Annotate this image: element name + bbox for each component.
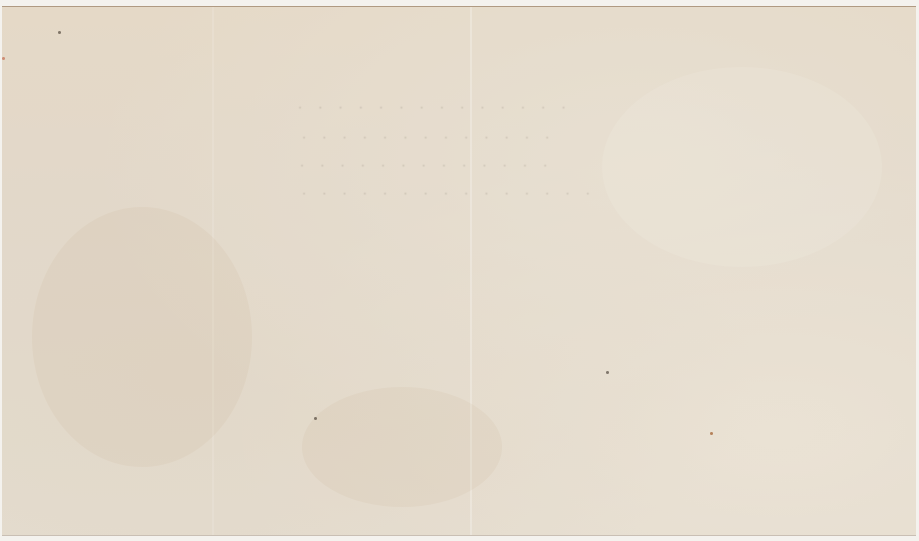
ink-speck (606, 371, 609, 374)
ink-speck (710, 432, 713, 435)
bleed-through-line: · · · · · · · · · · · · · (300, 159, 553, 174)
light-patch (602, 67, 882, 267)
ink-speck (58, 31, 61, 34)
paper-sheet: · · · · · · · · · · · · · · · · · · · · … (2, 6, 916, 536)
stain (302, 387, 502, 507)
bleed-through-line: · · · · · · · · · · · · · · · (302, 187, 596, 202)
stain (32, 207, 252, 467)
ink-speck (314, 417, 317, 420)
bleed-through-line: · · · · · · · · · · · · · (302, 131, 555, 146)
edge-stain (2, 57, 5, 60)
bleed-through-line: · · · · · · · · · · · · · · (298, 101, 572, 116)
